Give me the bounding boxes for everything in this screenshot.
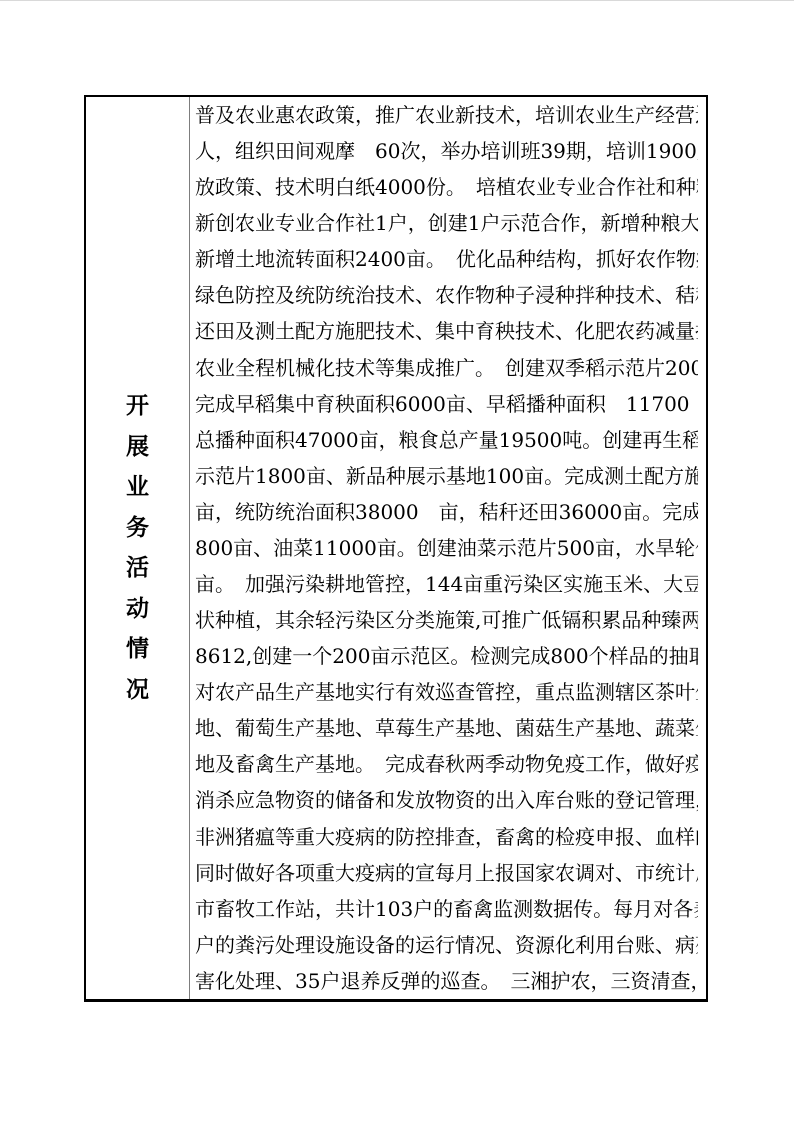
content-line: 示范片1800亩、新品种展示基地100亩。完成测土配方施肥28000 <box>195 458 698 494</box>
content-line: 非洲猪瘟等重大疫病的防控排查，畜禽的检疫申报、血样的抽检、 <box>195 819 698 855</box>
row-header-char: 开 <box>126 386 149 427</box>
table-row-header: 开展业务活动情况 <box>86 97 190 999</box>
row-header-char: 展 <box>126 427 149 468</box>
content-line: 普及农业惠农政策，推广农业新技术，培训农业生产经营适用能 <box>195 97 698 133</box>
row-header-char: 情 <box>126 629 149 670</box>
content-line: 亩，统防统治面积38000 亩，秸秆还田36000亩。完成冬种绿肥 <box>195 494 698 530</box>
content-line: 还田及测土配方施肥技术、集中育秧技术、化肥农药减量技术、 <box>195 313 698 349</box>
content-line: 800亩、油菜11000亩。创建油菜示范片500亩，水旱轮作示范1500 <box>195 530 698 566</box>
page-edge-line <box>0 0 794 1</box>
content-line: 绿色防控及统防统治技术、农作物种子浸种拌种技术、秸秆腐化 <box>195 277 698 313</box>
content-line: 害化处理、35户退养反弹的巡查。 三湘护农，三资清查，线索调 <box>195 963 698 999</box>
content-line: 新增土地流转面积2400亩。 优化品种结构，抓好农作物病虫害 <box>195 241 698 277</box>
content-line: 对农产品生产基地实行有效巡查管控，重点监测辖区茶叶生产基 <box>195 674 698 710</box>
content-line: 完成早稻集中育秧面积6000亩、早稻播种面积 11700 亩、粮食 <box>195 386 698 422</box>
content-line: 地及畜禽生产基地。 完成春秋两季动物免疫工作，做好疫苗及 <box>195 746 698 782</box>
content-line: 消杀应急物资的储备和发放物资的出入库台账的登记管理，做好 <box>195 782 698 818</box>
row-header-char: 务 <box>126 508 149 549</box>
content-line: 新创农业专业合作社1户，创建1户示范合作，新增种粮大户5户， <box>195 205 698 241</box>
content-line: 亩。 加强污染耕地管控，144亩重污染区实施玉米、大豆复合带 <box>195 566 698 602</box>
report-table: 开展业务活动情况 普及农业惠农政策，推广农业新技术，培训农业生产经营适用能人，组… <box>84 95 708 1002</box>
content-line: 放政策、技术明白纸4000份。 培植农业专业合作社和种粮大户， <box>195 169 698 205</box>
content-line: 人，组织田间观摩 60次，举办培训班39期，培训1900人次。发 <box>195 133 698 169</box>
content-line: 同时做好各项重大疫病的宣每月上报国家农调对、市统计局、及 <box>195 855 698 891</box>
row-header-char: 业 <box>126 467 149 508</box>
row-header-char: 动 <box>126 589 149 630</box>
row-header-char: 活 <box>126 548 149 589</box>
content-line: 8612,创建一个200亩示范区。检测完成800个样品的抽取和检测， <box>195 638 698 674</box>
content-line: 户的粪污处理设施设备的运行情况、资源化利用台账、病死猪无 <box>195 927 698 963</box>
table-content-cell: 普及农业惠农政策，推广农业新技术，培训农业生产经营适用能人，组织田间观摩 60次… <box>190 97 706 999</box>
row-header-char: 况 <box>126 670 149 711</box>
content-line: 市畜牧工作站，共计103户的畜禽监测数据传。每月对各养殖大 <box>195 891 698 927</box>
content-line: 状种植，其余轻污染区分类施策,可推广低镉积累品种臻两优 <box>195 602 698 638</box>
content-line: 农业全程机械化技术等集成推广。 创建双季稻示范片2000亩、 <box>195 350 698 386</box>
content-line: 总播种面积47000亩，粮食总产量19500吨。创建再生稻绿色高产 <box>195 422 698 458</box>
document-page: 开展业务活动情况 普及农业惠农政策，推广农业新技术，培训农业生产经营适用能人，组… <box>0 0 794 1122</box>
content-line: 地、葡萄生产基地、草莓生产基地、菌菇生产基地、蔬菜生产基 <box>195 710 698 746</box>
